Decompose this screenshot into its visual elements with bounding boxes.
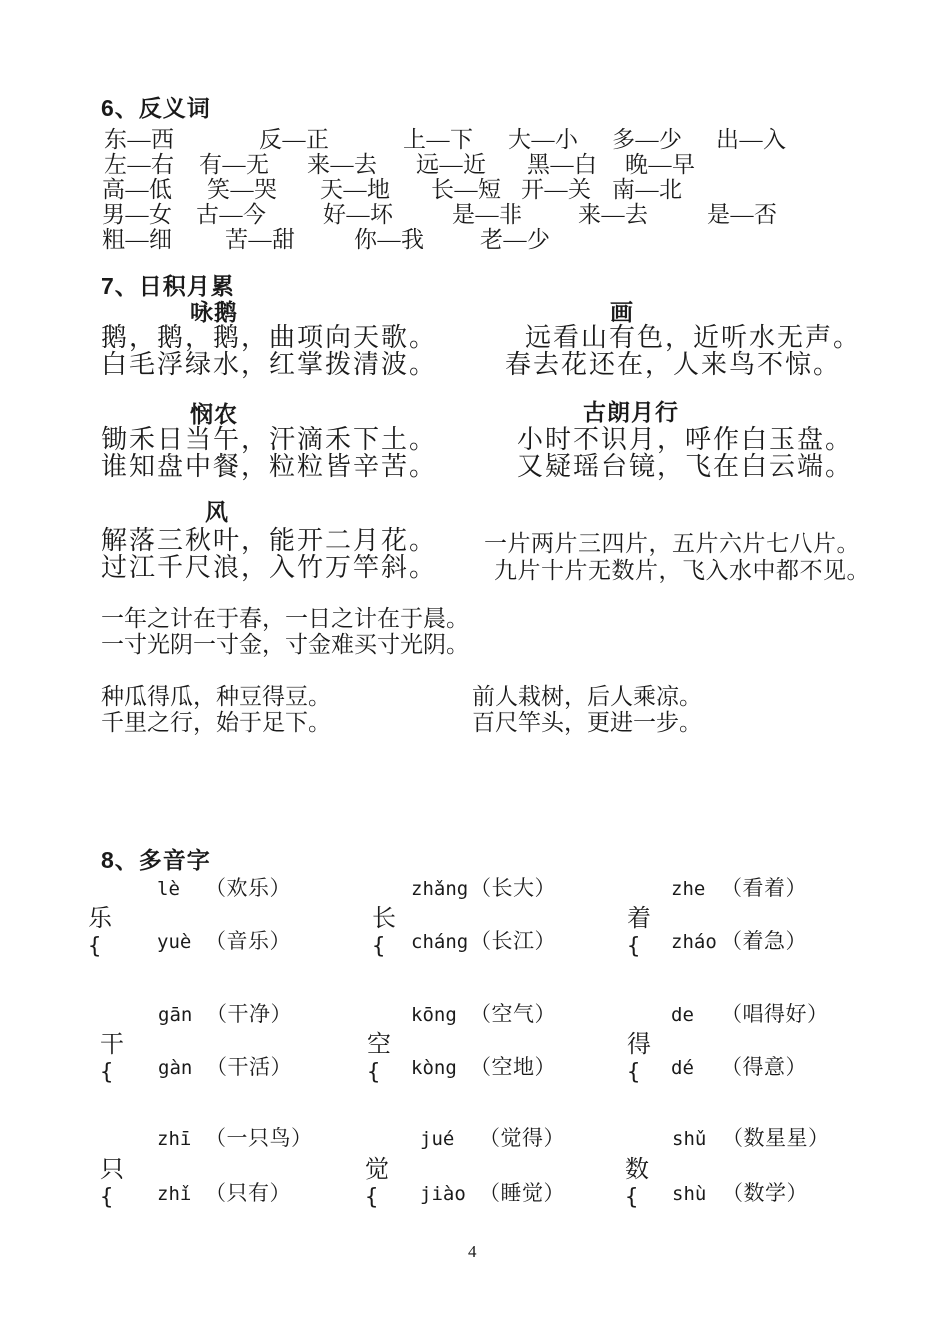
polyphone-character: 得{: [627, 1024, 651, 1086]
pinyin-text: de: [671, 1004, 721, 1026]
polyphone-reading: shù（数学）: [672, 1177, 808, 1207]
antonym-pair: 苦—甜: [225, 227, 296, 252]
antonym-pair: 东—西: [104, 127, 175, 152]
antonym-pair: 出—入: [716, 127, 787, 152]
poem-title: 风: [205, 500, 229, 525]
polyphone-reading: zhǎng（长大）: [411, 872, 556, 902]
antonym-pair: 开—关: [521, 177, 592, 202]
poem-line: 谁知盘中餐，粒粒皆辛苦。: [101, 453, 437, 482]
poem-title: 悯农: [190, 402, 238, 427]
pinyin-text: yuè: [157, 931, 205, 953]
example-word: （睡觉）: [479, 1181, 565, 1205]
polyphone-character: 干{: [100, 1024, 124, 1086]
poem-line: 一片两片三四片，五片六片七八片。: [484, 531, 860, 556]
polyphone-reading: shǔ（数星星）: [672, 1122, 830, 1152]
grouping-brace: {: [625, 1185, 638, 1210]
example-word: （觉得）: [479, 1126, 565, 1150]
antonym-pair: 男—女: [102, 202, 173, 227]
polyphone-character: 只{: [100, 1149, 124, 1211]
example-word: （干活）: [206, 1055, 292, 1079]
example-word: （音乐）: [205, 929, 291, 953]
antonym-pair: 你—我: [354, 227, 425, 252]
grouping-brace: {: [372, 934, 385, 959]
polyphone-character: 数{: [625, 1149, 649, 1211]
proverb-line: 千里之行，始于足下。: [101, 710, 331, 735]
document-page: 6、反义词 东—西 反—正 上—下 大—小 多—少 出—入 左—右 有—无 来—…: [0, 0, 950, 1344]
antonym-pair: 粗—细: [102, 227, 173, 252]
section6-heading: 6、反义词: [101, 96, 211, 121]
poem-line: 又疑瑶台镜，飞在白云端。: [517, 453, 853, 482]
section7-heading: 7、日积月累: [101, 274, 235, 299]
example-word: （看着）: [721, 876, 807, 900]
polyphone-character: 觉{: [365, 1149, 389, 1211]
antonym-pair: 左—右: [104, 152, 175, 177]
antonym-pair: 大—小: [508, 127, 579, 152]
polyphone-reading: jiào（睡觉）: [420, 1177, 565, 1207]
polyphone-character: 空{: [367, 1024, 391, 1086]
pinyin-text: kòng: [411, 1057, 470, 1079]
example-word: （着急）: [721, 929, 807, 953]
antonym-pair: 多—少: [612, 127, 683, 152]
polyphone-reading: cháng（长江）: [411, 925, 556, 955]
antonym-pair: 远—近: [416, 152, 487, 177]
pinyin-text: zhǎng: [411, 878, 470, 900]
poem-line: 解落三秋叶，能开二月花。: [101, 527, 437, 556]
grouping-brace: {: [367, 1060, 380, 1085]
polyphone-reading: de（唱得好）: [671, 998, 829, 1028]
polyphone-reading: dé（得意）: [671, 1051, 807, 1081]
pinyin-text: gàn: [158, 1057, 206, 1079]
example-word: （空气）: [470, 1002, 556, 1026]
pinyin-text: jiào: [420, 1183, 479, 1205]
polyphone-reading: gàn（干活）: [158, 1051, 292, 1081]
grouping-brace: {: [100, 1060, 113, 1085]
pinyin-text: zhǐ: [157, 1183, 205, 1205]
polyphone-character: 长{: [372, 898, 396, 960]
antonym-pair: 是—否: [707, 202, 778, 227]
antonym-pair: 南—北: [612, 177, 683, 202]
grouping-brace: {: [88, 934, 101, 959]
example-word: （数星星）: [722, 1126, 830, 1150]
antonym-pair: 上—下: [403, 127, 474, 152]
proverb-line: 前人栽树，后人乘凉。: [472, 684, 702, 709]
proverb-line: 种瓜得瓜，种豆得豆。: [101, 684, 331, 709]
pinyin-text: cháng: [411, 931, 470, 953]
poem-line: 白毛浮绿水，红掌拨清波。: [101, 351, 437, 380]
pinyin-text: dé: [671, 1057, 721, 1079]
antonym-pair: 笑—哭: [207, 177, 278, 202]
antonym-pair: 是—非: [452, 202, 523, 227]
polyphone-reading: zháo（着急）: [671, 925, 807, 955]
polyphone-reading: zhe（看着）: [671, 872, 807, 902]
polyphone-character: 着{: [627, 898, 651, 960]
pinyin-text: kōng: [411, 1004, 470, 1026]
pinyin-text: lè: [157, 878, 205, 900]
pinyin-text: zhe: [671, 878, 721, 900]
example-word: （欢乐）: [205, 876, 291, 900]
example-word: （空地）: [470, 1055, 556, 1079]
antonym-pair: 老—少: [480, 227, 551, 252]
poem-line: 九片十片无数片，飞入水中都不见。: [494, 558, 870, 583]
pinyin-text: jué: [420, 1128, 479, 1150]
polyphone-reading: kōng（空气）: [411, 998, 556, 1028]
example-word: （一只鸟）: [205, 1126, 313, 1150]
poem-line: 小时不识月，呼作白玉盘。: [517, 426, 853, 455]
pinyin-text: shǔ: [672, 1128, 722, 1150]
antonym-pair: 高—低: [102, 177, 173, 202]
proverb-line: 一年之计在于春，一日之计在于晨。: [101, 606, 469, 631]
grouping-brace: {: [100, 1185, 113, 1210]
grouping-brace: {: [627, 934, 640, 959]
example-word: （干净）: [206, 1002, 292, 1026]
proverb-line: 百尺竿头，更进一步。: [472, 710, 702, 735]
example-word: （长江）: [470, 929, 556, 953]
antonym-pair: 有—无: [199, 152, 270, 177]
antonym-pair: 天—地: [320, 177, 391, 202]
polyphone-reading: kòng（空地）: [411, 1051, 556, 1081]
poem-line: 鹅，鹅，鹅，曲项向天歌。: [101, 324, 437, 353]
example-word: （只有）: [205, 1181, 291, 1205]
antonym-pair: 反—正: [259, 127, 330, 152]
example-word: （长大）: [470, 876, 556, 900]
polyphone-reading: jué（觉得）: [420, 1122, 565, 1152]
pinyin-text: shù: [672, 1183, 722, 1205]
poem-line: 锄禾日当午，汗滴禾下土。: [101, 426, 437, 455]
antonym-pair: 来—去: [307, 152, 378, 177]
polyphone-reading: lè（欢乐）: [157, 872, 291, 902]
polyphone-reading: zhī（一只鸟）: [157, 1122, 313, 1152]
poem-line: 过江千尺浪，入竹万竿斜。: [101, 554, 437, 583]
poem-line: 远看山有色，近听水无声。: [525, 324, 861, 353]
example-word: （得意）: [721, 1055, 807, 1079]
pinyin-text: gān: [158, 1004, 206, 1026]
pinyin-text: zháo: [671, 931, 721, 953]
antonym-pair: 古—今: [196, 202, 267, 227]
antonym-pair: 晚—早: [625, 152, 696, 177]
antonym-pair: 黑—白: [527, 152, 598, 177]
grouping-brace: {: [365, 1185, 378, 1210]
polyphone-reading: yuè（音乐）: [157, 925, 291, 955]
poem-line: 春去花还在，人来鸟不惊。: [505, 351, 841, 380]
polyphone-reading: zhǐ（只有）: [157, 1177, 291, 1207]
grouping-brace: {: [627, 1060, 640, 1085]
pinyin-text: zhī: [157, 1128, 205, 1150]
example-word: （唱得好）: [721, 1002, 829, 1026]
example-word: （数学）: [722, 1181, 808, 1205]
section8-heading: 8、多音字: [101, 848, 211, 873]
page-number: 4: [468, 1243, 477, 1262]
polyphone-reading: gān（干净）: [158, 998, 292, 1028]
poem-title: 古朗月行: [583, 400, 679, 425]
poem-title: 画: [610, 300, 634, 325]
antonym-pair: 好—坏: [323, 202, 394, 227]
antonym-pair: 来—去: [578, 202, 649, 227]
proverb-line: 一寸光阴一寸金，寸金难买寸光阴。: [101, 632, 469, 657]
poem-title: 咏鹅: [190, 300, 238, 325]
polyphone-character: 乐{: [88, 898, 112, 960]
antonym-pair: 长—短: [431, 177, 502, 202]
